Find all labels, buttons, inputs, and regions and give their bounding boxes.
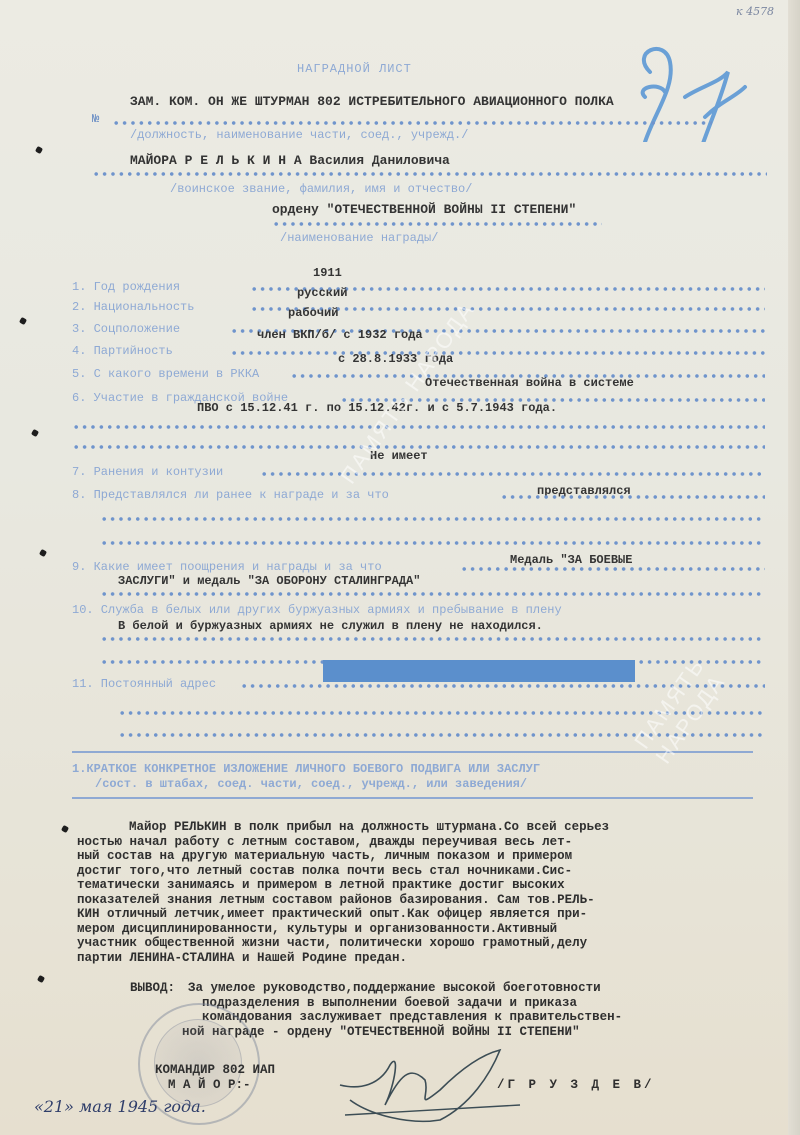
name-caption: /воинское звание, фамилия, имя и отчеств… bbox=[170, 182, 472, 196]
field-label-foreign-service: 10. Служба в белых или других буржуазных… bbox=[72, 603, 562, 617]
dotted-line bbox=[230, 351, 765, 355]
page-edge bbox=[788, 0, 800, 1135]
field-label-wounds: 7. Ранения и контузии bbox=[72, 465, 223, 479]
signing-date: «21» мая 1945 года. bbox=[34, 1097, 206, 1116]
field-label-service-start: 5. С какого времени в РККА bbox=[72, 367, 259, 381]
signatory-rank: М А Й О Р:- bbox=[168, 1078, 251, 1093]
conclusion-line: командования заслуживает представления к… bbox=[188, 1010, 622, 1025]
punch-hole-mark bbox=[31, 429, 39, 437]
position-line: ЗАМ. КОМ. ОН ЖЕ ШТУРМАН 802 ИСТРЕБИТЕЛЬН… bbox=[130, 94, 614, 109]
field-value-social-status: рабочий bbox=[288, 306, 338, 320]
narrative-line: ный состав на другую материальную часть,… bbox=[77, 849, 609, 864]
signatory-title: КОМАНДИР 802 ИАП bbox=[155, 1063, 275, 1078]
signatory-name: /Г Р У З Д Е В/ bbox=[497, 1078, 655, 1093]
dotted-line bbox=[100, 637, 765, 641]
field-value-awards-2: ЗАСЛУГИ" и медаль "ЗА ОБОРОНУ СТАЛИНГРАД… bbox=[118, 574, 420, 588]
field-label-address: 11. Постоянный адрес bbox=[72, 677, 216, 691]
punch-hole-mark bbox=[39, 549, 47, 557]
field-label-social-status: 3. Соцположение bbox=[72, 322, 180, 336]
redacted-address-block bbox=[323, 660, 635, 682]
field-value-foreign-service: В белой и буржуазных армиях не служил в … bbox=[118, 619, 543, 633]
field-label-party: 4. Партийность bbox=[72, 344, 173, 358]
punch-hole-mark bbox=[35, 146, 43, 154]
punch-hole-mark bbox=[61, 825, 69, 833]
field-label-nationality: 2. Национальность bbox=[72, 300, 194, 314]
position-caption: /должность, наименование части, соед., у… bbox=[130, 128, 468, 142]
section-caption: /сост. в штабах, соед. части, соед., учр… bbox=[95, 777, 527, 791]
field-value-war-participation-1: Отечественная война в системе bbox=[425, 376, 634, 390]
narrative-line: тематически занимаясь и примером в летно… bbox=[77, 878, 609, 893]
section-rule bbox=[72, 797, 753, 799]
field-value-party: член ВКП/б/ с 1932 года bbox=[257, 328, 423, 342]
narrative-text: Майор РЕЛЬКИН в полк прибыл на должность… bbox=[77, 820, 609, 965]
field-label-awards: 9. Какие имеет поощрения и награды и за … bbox=[72, 560, 382, 574]
field-value-birth-year: 1911 bbox=[313, 266, 342, 280]
document-title: НАГРАДНОЙ ЛИСТ bbox=[297, 62, 412, 76]
watermark: ПАМЯТЬ НАРОДА bbox=[629, 583, 781, 768]
dotted-line bbox=[460, 567, 765, 571]
conclusion-line: подразделения в выполнении боевой задачи… bbox=[188, 996, 622, 1011]
field-value-awards-1: Медаль "ЗА БОЕВЫЕ bbox=[510, 553, 632, 567]
dotted-line bbox=[112, 121, 712, 125]
field-label-birth-year: 1. Год рождения bbox=[72, 280, 180, 294]
award-caption: /наименование награды/ bbox=[280, 231, 438, 245]
dotted-line bbox=[500, 495, 765, 499]
narrative-line: ностью начал работу с летным составом, д… bbox=[77, 835, 609, 850]
punch-hole-mark bbox=[37, 975, 45, 983]
narrative-line: Майор РЕЛЬКИН в полк прибыл на должность… bbox=[77, 820, 609, 835]
dotted-line bbox=[100, 517, 765, 521]
handwritten-number-mark bbox=[610, 42, 750, 142]
conclusion-text: За умелое руководство,поддержание высоко… bbox=[188, 981, 622, 1039]
conclusion-label: ВЫВОД: bbox=[130, 981, 175, 996]
award-sheet-page: к 4578 НАГРАДНОЙ ЛИСТ ЗАМ. КОМ. ОН ЖЕ ШТ… bbox=[0, 0, 800, 1135]
dotted-line bbox=[100, 592, 765, 596]
award-name: ордену "ОТЕЧЕСТВЕННОЙ ВОЙНЫ II СТЕПЕНИ" bbox=[272, 202, 576, 217]
dotted-line bbox=[92, 172, 767, 176]
section-heading: 1.КРАТКОЕ КОНКРЕТНОЕ ИЗЛОЖЕНИЕ ЛИЧНОГО Б… bbox=[72, 762, 540, 776]
narrative-line: мером дисциплинированности, культуры и о… bbox=[77, 922, 609, 937]
recipient-name: МАЙОРА Р Е Л Ь К И Н А Василия Данилович… bbox=[130, 153, 450, 168]
field-label-previous-award: 8. Представлялся ли ранее к награде и за… bbox=[72, 488, 389, 502]
narrative-line: показателей знания летным составом район… bbox=[77, 893, 609, 908]
narrative-line: участник общественной жизни части, полит… bbox=[77, 936, 609, 951]
narrative-line: партии ЛЕНИНА-СТАЛИНА и Нашей Родине пре… bbox=[77, 951, 609, 966]
narrative-line: КИН отличный летчик,имеет практический о… bbox=[77, 907, 609, 922]
position-number-label: № bbox=[92, 112, 99, 126]
conclusion-line: За умелое руководство,поддержание высоко… bbox=[188, 981, 622, 996]
punch-hole-mark bbox=[19, 317, 27, 325]
field-value-nationality: русский bbox=[297, 286, 347, 300]
dotted-line bbox=[272, 222, 602, 226]
archive-number: к 4578 bbox=[736, 5, 774, 18]
dotted-line bbox=[72, 425, 765, 429]
dotted-line bbox=[100, 541, 765, 545]
narrative-line: достиг того,что летный состав полка почт… bbox=[77, 864, 609, 879]
